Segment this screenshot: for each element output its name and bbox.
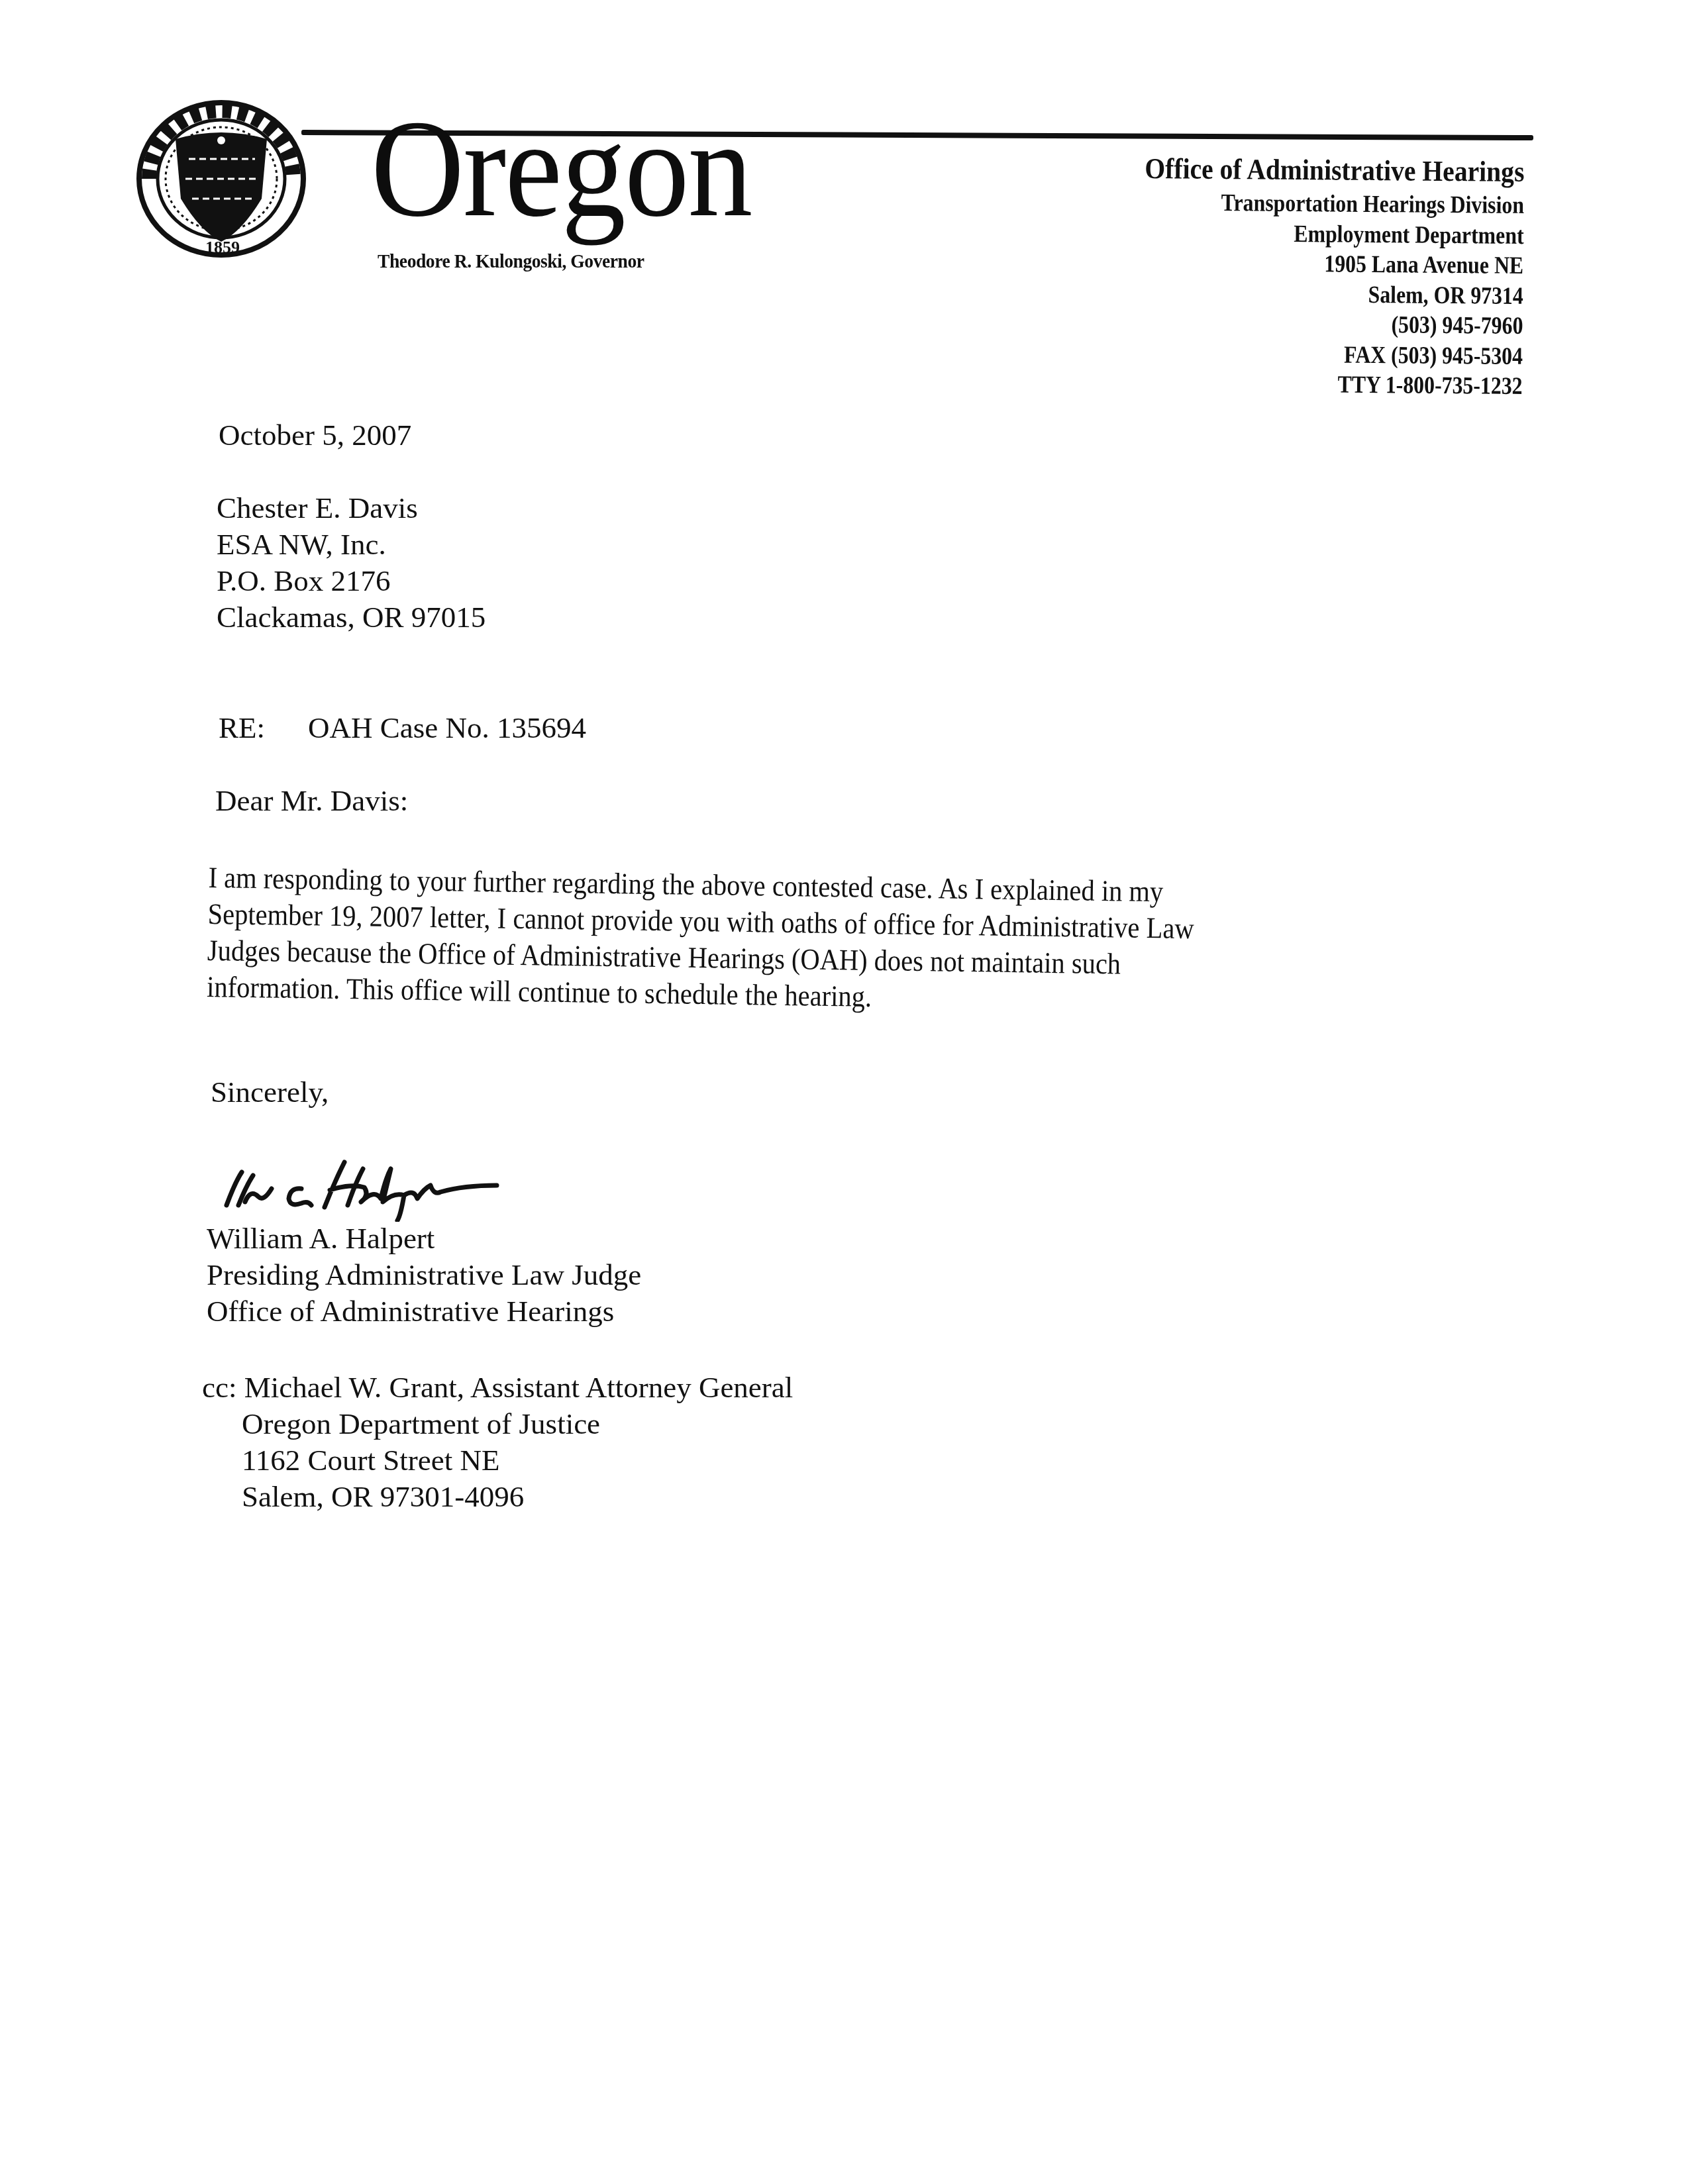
salutation: Dear Mr. Davis: (215, 783, 408, 819)
recipient-company: ESA NW, Inc. (217, 526, 486, 563)
office-address-block: Office of Administrative Hearings Transp… (1101, 150, 1525, 401)
cc-block: cc: Michael W. Grant, Assistant Attorney… (202, 1369, 793, 1515)
subject-label: RE: (219, 710, 308, 746)
office-division: Transportation Hearings Division (1162, 187, 1525, 221)
office-phone: (503) 945-7960 (1160, 308, 1523, 341)
case-number: OAH Case No. 135694 (308, 711, 586, 744)
office-name: Office of Administrative Hearings (1145, 150, 1525, 191)
seal-year: 1859 (205, 238, 240, 257)
letter-body-paragraph: I am responding to your further regardin… (207, 860, 1305, 1022)
recipient-po-box: P.O. Box 2176 (217, 563, 486, 599)
letter-date: October 5, 2007 (219, 417, 411, 454)
signer-block: William A. Halpert Presiding Administrat… (207, 1220, 641, 1330)
oregon-state-seal-icon: 1859 (136, 99, 307, 258)
handwritten-signature-icon (212, 1149, 556, 1222)
office-tty: TTY 1-800-735-1232 (1160, 368, 1523, 401)
recipient-city: Clackamas, OR 97015 (217, 599, 486, 636)
state-name: Oregon (371, 99, 752, 238)
signer-title: Presiding Administrative Law Judge (207, 1257, 641, 1293)
cc-recipient: cc: Michael W. Grant, Assistant Attorney… (202, 1369, 793, 1406)
recipient-name: Chester E. Davis (217, 490, 486, 526)
recipient-address: Chester E. Davis ESA NW, Inc. P.O. Box 2… (217, 490, 486, 636)
office-department: Employment Department (1161, 218, 1524, 251)
office-city: Salem, OR 97314 (1160, 278, 1523, 311)
office-street: 1905 Lana Avenue NE (1161, 248, 1524, 281)
office-fax: FAX (503) 945-5304 (1160, 338, 1523, 372)
subject-line: RE:OAH Case No. 135694 (219, 710, 586, 746)
signer-office: Office of Administrative Hearings (207, 1293, 641, 1330)
cc-city: Salem, OR 97301-4096 (202, 1479, 793, 1515)
cc-street: 1162 Court Street NE (202, 1442, 793, 1479)
signer-name: William A. Halpert (207, 1220, 641, 1257)
cc-organization: Oregon Department of Justice (202, 1406, 793, 1442)
governor-name: Theodore R. Kulongoski, Governor (378, 250, 644, 273)
closing: Sincerely, (211, 1074, 329, 1111)
